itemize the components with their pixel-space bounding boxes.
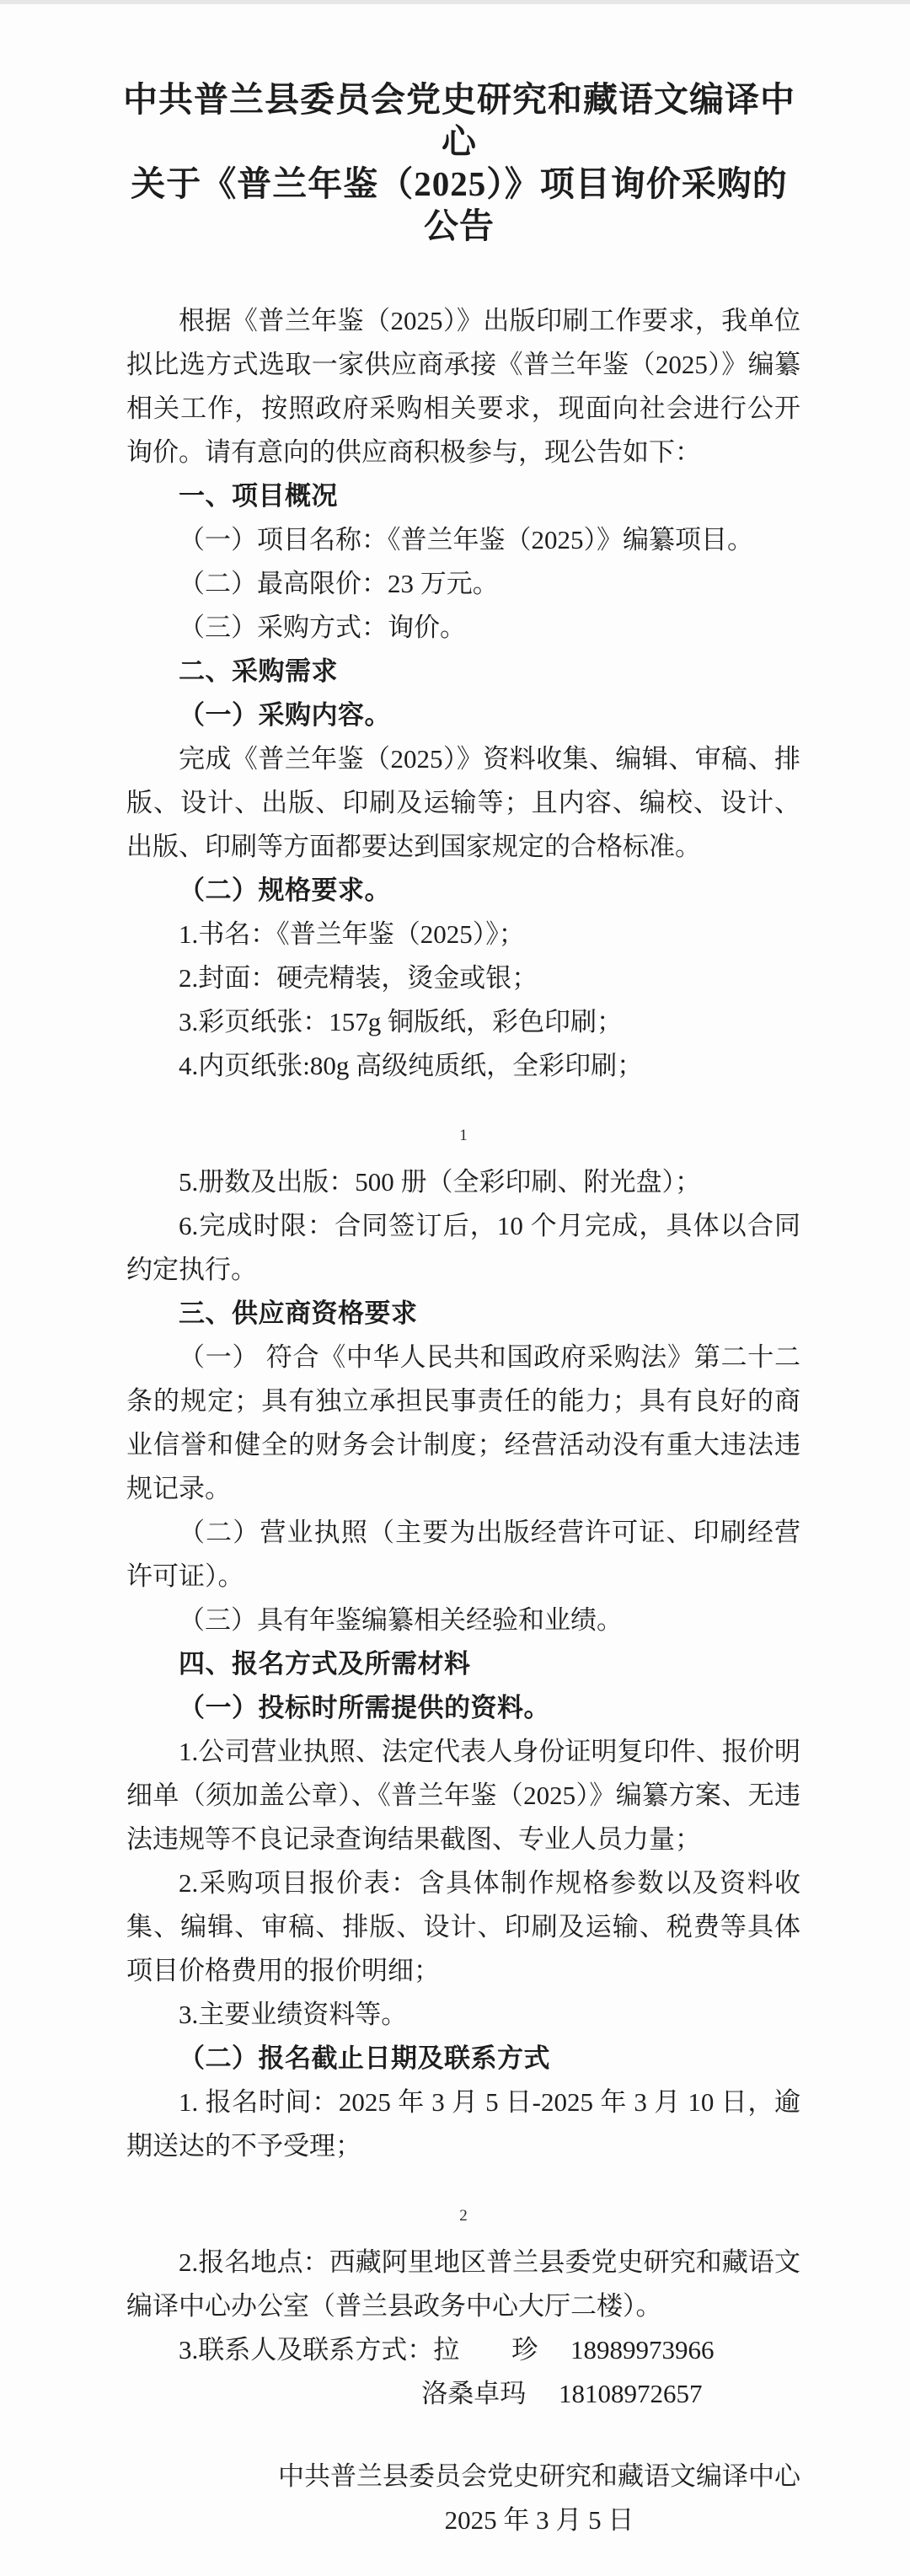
section-heading: 四、报名方式及所需材料	[126, 1642, 800, 1686]
paragraph: 洛桑卓玛 18108972657	[126, 2372, 800, 2416]
paragraph: 完成《普兰年鉴（2025）》资料收集、编辑、审稿、排版、设计、出版、印刷及运输等…	[126, 737, 800, 869]
paragraph: 3.彩页纸张：157g 铜版纸，彩色印刷；	[126, 1000, 800, 1044]
paragraph: （三）采购方式：询价。	[126, 606, 800, 650]
signature-date: 2025 年 3 月 5 日	[278, 2498, 800, 2542]
document-body: 根据《普兰年鉴（2025）》出版印刷工作要求，我单位拟比选方式选取一家供应商承接…	[126, 299, 800, 2416]
section-heading: （一）投标时所需提供的资料。	[126, 1686, 800, 1730]
page-number: 1	[459, 1127, 468, 1143]
page-break: 2	[126, 2168, 800, 2241]
paragraph: （二）营业执照（主要为出版经营许可证、印刷经营许可证）。	[126, 1511, 800, 1599]
paragraph: （一） 符合《中华人民共和国政府采购法》第二十二条的规定；具有独立承担民事责任的…	[126, 1336, 800, 1511]
page-number: 2	[459, 2208, 468, 2224]
paragraph: （一）项目名称：《普兰年鉴（2025）》编纂项目。	[126, 518, 800, 562]
paragraph: 1.书名：《普兰年鉴（2025）》；	[126, 913, 800, 956]
paragraph: 2.封面：硬壳精装，烫金或银；	[126, 956, 800, 1000]
section-heading: （二）规格要求。	[126, 869, 800, 913]
page-break: 1	[126, 1088, 800, 1160]
paragraph: 根据《普兰年鉴（2025）》出版印刷工作要求，我单位拟比选方式选取一家供应商承接…	[126, 299, 800, 474]
signature-org: 中共普兰县委员会党史研究和藏语文编译中心	[278, 2455, 800, 2498]
paragraph: 6.完成时限：合同签订后，10 个月完成，具体以合同约定执行。	[126, 1204, 800, 1292]
paragraph: 3.主要业绩资料等。	[126, 1993, 800, 2037]
title-line: 公告	[110, 205, 809, 247]
paragraph: 5.册数及出版：500 册（全彩印刷、附光盘）；	[126, 1160, 800, 1204]
section-heading: 一、项目概况	[126, 474, 800, 518]
paragraph: 1.公司营业执照、法定代表人身份证明复印件、报价明细单（须加盖公章）、《普兰年鉴…	[126, 1730, 800, 1861]
section-heading: 三、供应商资格要求	[126, 1292, 800, 1336]
paragraph: 4.内页纸张:80g 高级纯质纸，全彩印刷；	[126, 1044, 800, 1088]
title-line: 关于《普兰年鉴（2025）》项目询价采购的	[110, 163, 809, 205]
paragraph: 2.采购项目报价表：含具体制作规格参数以及资料收集、编辑、审稿、排版、设计、印刷…	[126, 1861, 800, 1993]
paragraph: 2.报名地点：西藏阿里地区普兰县委党史研究和藏语文编译中心办公室（普兰县政务中心…	[126, 2241, 800, 2328]
section-heading: （一）采购内容。	[126, 694, 800, 737]
section-heading: 二、采购需求	[126, 650, 800, 694]
paragraph: （二）最高限价：23 万元。	[126, 562, 800, 606]
paragraph: （三）具有年鉴编纂相关经验和业绩。	[126, 1599, 800, 1642]
signature-block: 中共普兰县委员会党史研究和藏语文编译中心 2025 年 3 月 5 日	[278, 2455, 800, 2542]
notice-page: 中共普兰县委员会党史研究和藏语文编译中心关于《普兰年鉴（2025）》项目询价采购…	[0, 0, 910, 2576]
title-line: 中共普兰县委员会党史研究和藏语文编译中心	[110, 78, 809, 163]
paragraph: 1. 报名时间：2025 年 3 月 5 日-2025 年 3 月 10 日，逾…	[126, 2081, 800, 2168]
section-heading: （二）报名截止日期及联系方式	[126, 2037, 800, 2081]
document-title: 中共普兰县委员会党史研究和藏语文编译中心关于《普兰年鉴（2025）》项目询价采购…	[110, 78, 809, 247]
paragraph: 3.联系人及联系方式：拉 珍 18989973966	[126, 2328, 800, 2372]
